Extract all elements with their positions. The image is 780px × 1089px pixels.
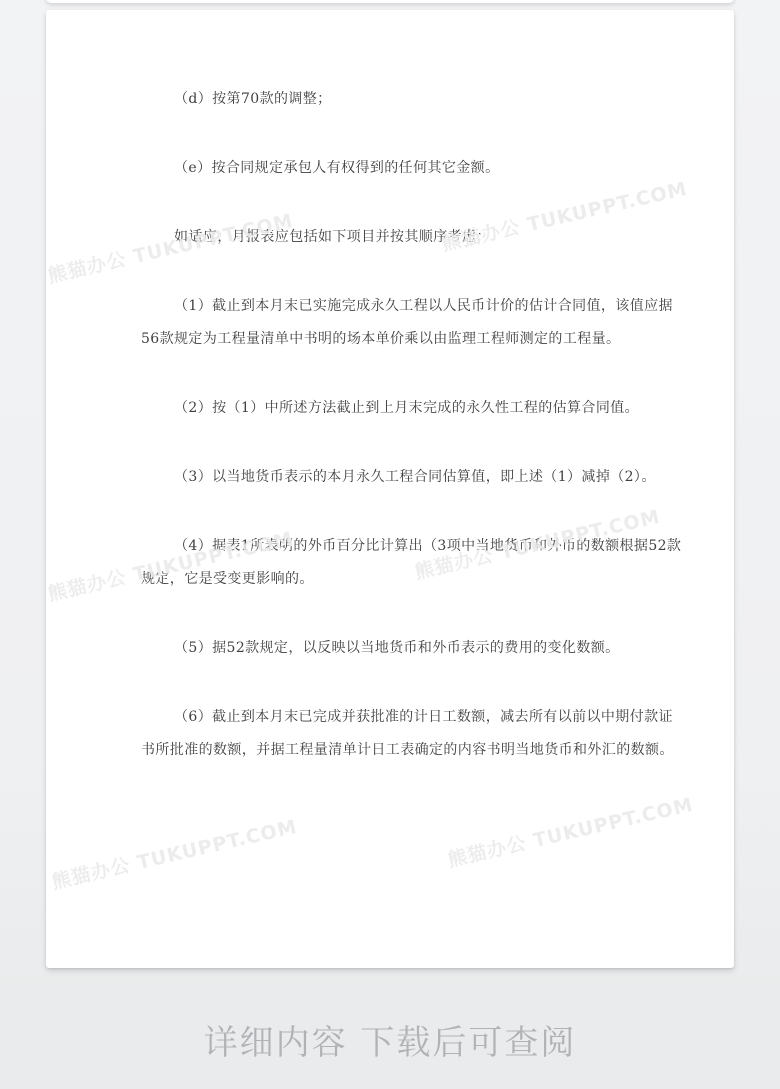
paragraph-line: 规定，它是受变更影响的。 <box>141 563 664 596</box>
paragraph-line: （6）截止到本月末已完成并获批准的计日工数额，减去所有以前以中期付款证 <box>141 701 664 734</box>
paragraph: （e）按合同规定承包人有权得到的任何其它金额。 <box>141 152 664 185</box>
paragraph-line: （5）据52款规定，以反映以当地货币和外币表示的费用的变化数额。 <box>141 632 664 665</box>
download-notice: 详细内容 下载后可查阅 <box>0 1015 780 1064</box>
paragraph: （3）以当地货币表示的本月永久工程合同估算值，即上述（1）减掉（2）。 <box>141 461 664 494</box>
paragraph-line: 如适应，月报表应包括如下项目并按其顺序考虑： <box>141 221 664 254</box>
paragraph: （d）按第70款的调整； <box>141 83 664 116</box>
paragraph-line: （d）按第70款的调整； <box>141 83 664 116</box>
preview-stage: （d）按第70款的调整；（e）按合同规定承包人有权得到的任何其它金额。如适应，月… <box>0 0 780 1089</box>
document-body: （d）按第70款的调整；（e）按合同规定承包人有权得到的任何其它金额。如适应，月… <box>46 10 734 767</box>
paragraph: （6）截止到本月末已完成并获批准的计日工数额，减去所有以前以中期付款证书所批准的… <box>141 701 664 767</box>
paragraph: （2）按（1）中所述方法截止到上月末完成的永久性工程的估算合同值。 <box>141 392 664 425</box>
paragraph: （5）据52款规定，以反映以当地货币和外币表示的费用的变化数额。 <box>141 632 664 665</box>
paragraph: （4）据表1所表明的外币百分比计算出（3项中当地货币和外币的数额根据52款规定，… <box>141 530 664 596</box>
paragraph-line: 56款规定为工程量清单中书明的场本单价乘以由监理工程师测定的工程量。 <box>141 323 664 356</box>
paragraph-line: （e）按合同规定承包人有权得到的任何其它金额。 <box>141 152 664 185</box>
paragraph: （1）截止到本月末已实施完成永久工程以人民币计价的估计合同值，该值应据56款规定… <box>141 290 664 356</box>
paragraph-line: （1）截止到本月末已实施完成永久工程以人民币计价的估计合同值，该值应据 <box>141 290 664 323</box>
paragraph-line: （4）据表1所表明的外币百分比计算出（3项中当地货币和外币的数额根据52款 <box>141 530 664 563</box>
previous-page-edge <box>46 0 734 3</box>
document-page: （d）按第70款的调整；（e）按合同规定承包人有权得到的任何其它金额。如适应，月… <box>46 10 734 968</box>
paragraph-line: 书所批准的数额，并据工程量清单计日工表确定的内容书明当地货币和外汇的数额。 <box>141 734 664 767</box>
paragraph: 如适应，月报表应包括如下项目并按其顺序考虑： <box>141 221 664 254</box>
paragraph-line: （2）按（1）中所述方法截止到上月末完成的永久性工程的估算合同值。 <box>141 392 664 425</box>
paragraph-line: （3）以当地货币表示的本月永久工程合同估算值，即上述（1）减掉（2）。 <box>141 461 664 494</box>
